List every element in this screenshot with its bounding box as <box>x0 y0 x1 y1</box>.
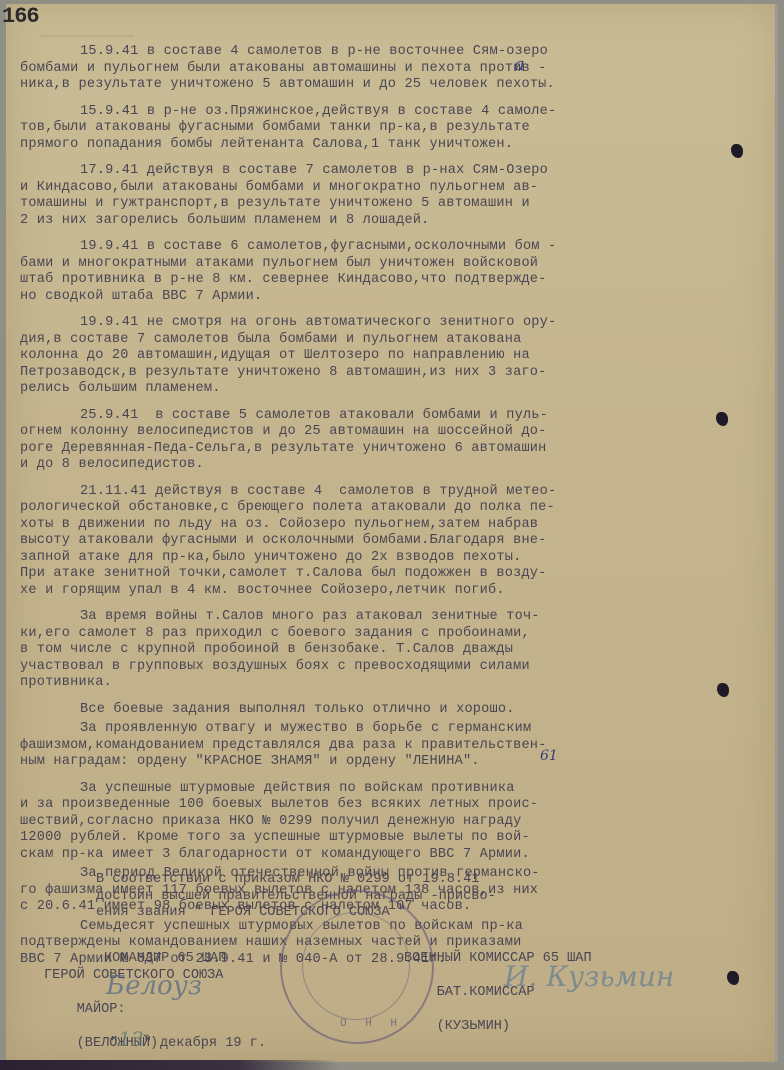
text-line: 2 из них загорелись большим пламенем и 8… <box>20 213 660 230</box>
text-line: хоты в движении по льду на оз. Сойозеро … <box>20 517 660 534</box>
text-line: бами и многократными атаками пульогнем б… <box>20 256 660 273</box>
punch-hole <box>727 971 739 985</box>
paragraph: За успешные штурмовые действия по войска… <box>20 781 660 864</box>
text-line: 15.9.41 в составе 4 самолетов в р-не вос… <box>20 44 660 61</box>
punch-hole <box>716 412 728 426</box>
handwritten-number: 61 <box>540 748 558 764</box>
text-line: роге Деревянная-Педа-Сельга,в результате… <box>20 441 660 458</box>
text-line: скам пр-ка имеет 3 благодарности от кома… <box>20 847 660 864</box>
paragraph: 15.9.41 в р-не оз.Пряжинское,действуя в … <box>20 104 660 154</box>
paragraph: За время войны т.Салов много раз атакова… <box>20 609 660 692</box>
text-line: но сводкой штаба ВВС 7 Армии. <box>20 289 660 306</box>
text-line: томашины и гужтранспорт,в результате уни… <box>20 196 660 213</box>
text-line: 19.9.41 не смотря на огонь автоматическо… <box>20 315 660 332</box>
text-line: шествий,согласно приказа НКО № 0299 полу… <box>20 814 660 831</box>
text-line: в том числе с крупной пробоиной в бензоб… <box>20 642 660 659</box>
punch-hole <box>731 144 743 158</box>
text-line: хе и горящим упал в 4 км. восточнее Сойо… <box>20 583 660 600</box>
date-text: " декабря 19 г. <box>144 1036 266 1051</box>
text-line: При атаке зенитной точки,самолет т.Салов… <box>20 566 660 583</box>
text-line: фашизмом,командованием представлялся два… <box>20 738 660 755</box>
text-line: бомбами и пульогнем были атакованы автом… <box>20 61 660 78</box>
text-line: огнем колонну велосипедистов и до 25 авт… <box>20 424 660 441</box>
text-line: Все боевые задания выполнял только отлич… <box>20 702 660 719</box>
conclusion-line: В соответствии с приказом НКО № 0299 от … <box>96 872 616 889</box>
text-line: тов,были атакованы фугасными бомбами тан… <box>20 120 660 137</box>
text-line: За успешные штурмовые действия по войска… <box>20 781 660 798</box>
text-line: колонна до 20 автомашин,идущая от Шелтоз… <box>20 348 660 365</box>
text-line: и за произведенные 100 боевых вылетов бе… <box>20 797 660 814</box>
paragraph: 15.9.41 в составе 4 самолетов в р-не вос… <box>20 44 660 94</box>
text-line: дия,в составе 7 самолетов была бомбами и… <box>20 332 660 349</box>
text-line: рологической обстановке,с бреющего полет… <box>20 500 660 517</box>
text-line: ным наградам: ордену "КРАСНОЕ ЗНАМЯ" и о… <box>20 754 660 771</box>
page-edge <box>775 4 778 1062</box>
commissar-name: (КУЗЬМИН) <box>437 1019 510 1034</box>
text-line: штаб противника в р-не 8 км. севернее Ки… <box>20 272 660 289</box>
text-line: 19.9.41 в составе 6 самолетов,фугасными,… <box>20 239 660 256</box>
paragraph: 25.9.41 в составе 5 самолетов атаковали … <box>20 408 660 474</box>
handwritten-correction: а <box>514 54 525 75</box>
paragraph: 21.11.41 действуя в составе 4 самолетов … <box>20 484 660 600</box>
text-line: высоту атаковали фугасными и осколочными… <box>20 533 660 550</box>
body-text: 15.9.41 в составе 4 самолетов в р-не вос… <box>20 44 660 978</box>
text-line: 17.9.41 действуя в составе 7 самолетов в… <box>20 163 660 180</box>
text-line: релись большим пламенем. <box>20 381 660 398</box>
date-line: "13" декабря 19 г. <box>110 1027 266 1051</box>
text-line: и до 8 велосипедистов. <box>20 457 660 474</box>
punch-hole <box>717 683 729 697</box>
text-line: За время войны т.Салов много раз атакова… <box>20 609 660 626</box>
text-line: 12000 рублей. Кроме того за успешные шту… <box>20 830 660 847</box>
paragraph: 17.9.41 действуя в составе 7 самолетов в… <box>20 163 660 229</box>
commissar-signature: И. Кузьмин <box>504 968 674 985</box>
faded-header-text: ▬▬▬▬▬▬▬▬▬▬▬▬▬ <box>40 28 260 38</box>
text-line: Петрозаводск,в результате уничтожено 8 а… <box>20 365 660 382</box>
text-line: ника,в результате уничтожено 5 автомашин… <box>20 77 660 94</box>
text-line: противника. <box>20 675 660 692</box>
text-line: ки,его самолет 8 раз приходил с боевого … <box>20 626 660 643</box>
commander-rank: МАЙОР: <box>77 1002 126 1017</box>
paragraph: Все боевые задания выполнял только отлич… <box>20 702 660 719</box>
text-line: запной атаке для пр-ка,было уничтожено д… <box>20 550 660 567</box>
text-line: участвовал в групповых воздушных боях с … <box>20 659 660 676</box>
signature-commissar: ВОЕННЫЙ КОМИССАР 65 ШАП БАТ.КОМИССАР (КУ… <box>404 950 734 1052</box>
text-line: прямого попадания бомбы лейтенанта Салов… <box>20 137 660 154</box>
stamp-text: О Н Н <box>340 1018 403 1030</box>
text-line: 15.9.41 в р-не оз.Пряжинское,действуя в … <box>20 104 660 121</box>
date-quote: " <box>110 1036 118 1051</box>
date-day-handwritten: 13 <box>118 1027 143 1051</box>
text-line: и Киндасово,были атакованы бомбами и мно… <box>20 180 660 197</box>
text-line: 25.9.41 в составе 5 самолетов атаковали … <box>20 408 660 425</box>
text-line: За проявленную отвагу и мужество в борьб… <box>20 721 660 738</box>
signature-commander: КОМАНДИР 65 ШАП ГЕРОЙ СОВЕТСКОГО СОЮЗА М… <box>44 950 344 1069</box>
paragraph: За проявленную отвагу и мужество в борьб… <box>20 721 660 771</box>
text-line: 21.11.41 действуя в составе 4 самолетов … <box>20 484 660 501</box>
paragraph: 19.9.41 в составе 6 самолетов,фугасными,… <box>20 239 660 305</box>
folio-number: 166 <box>2 4 39 29</box>
commander-signature: Белоуз <box>106 978 202 995</box>
paragraph: 19.9.41 не смотря на огонь автоматическо… <box>20 315 660 398</box>
commander-title: КОМАНДИР 65 ШАП <box>44 950 344 967</box>
